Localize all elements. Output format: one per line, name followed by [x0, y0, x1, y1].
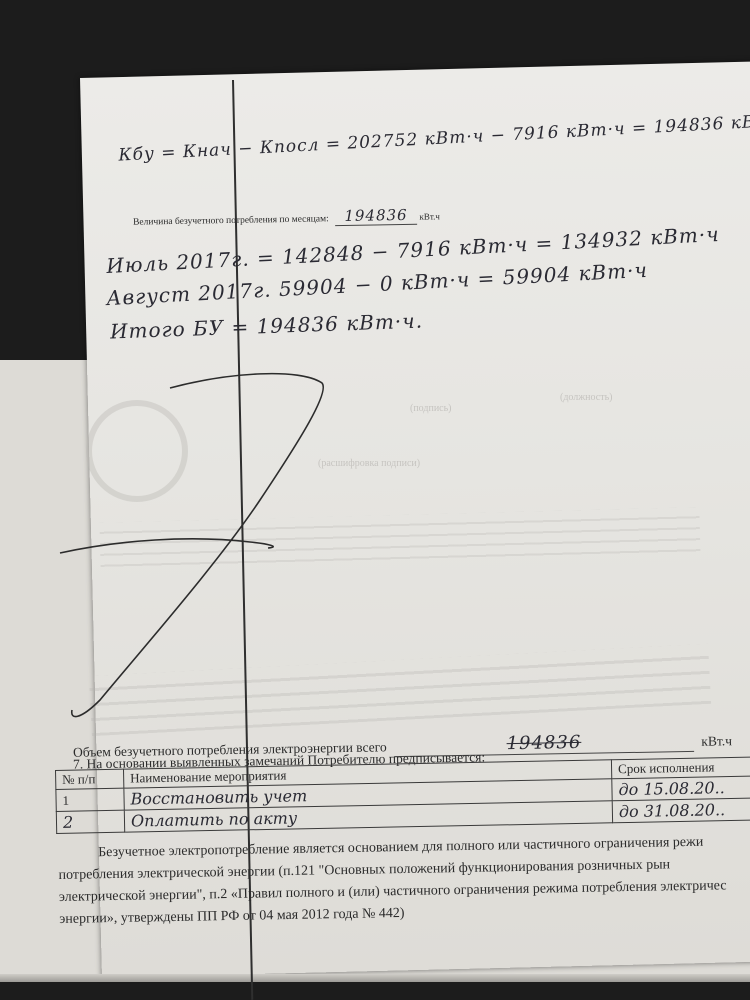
col-header-number: № п/п	[56, 769, 124, 789]
row-number: 1	[56, 788, 124, 811]
legal-note: Безучетное электропотребление является о…	[58, 831, 750, 931]
photo-background: (подпись) (должность) (расшифровка подпи…	[0, 0, 750, 1000]
total-unit: кВт.ч	[701, 733, 732, 749]
total-value: 194836	[506, 732, 581, 754]
row-deadline: до 15.08.20..	[612, 776, 750, 801]
measures-table: № п/п Наименование мероприятия Срок испо…	[55, 756, 750, 834]
row-deadline: до 31.08.20..	[612, 798, 750, 823]
col-header-deadline: Срок исполнения	[611, 757, 750, 779]
row-number: 2	[56, 810, 124, 833]
